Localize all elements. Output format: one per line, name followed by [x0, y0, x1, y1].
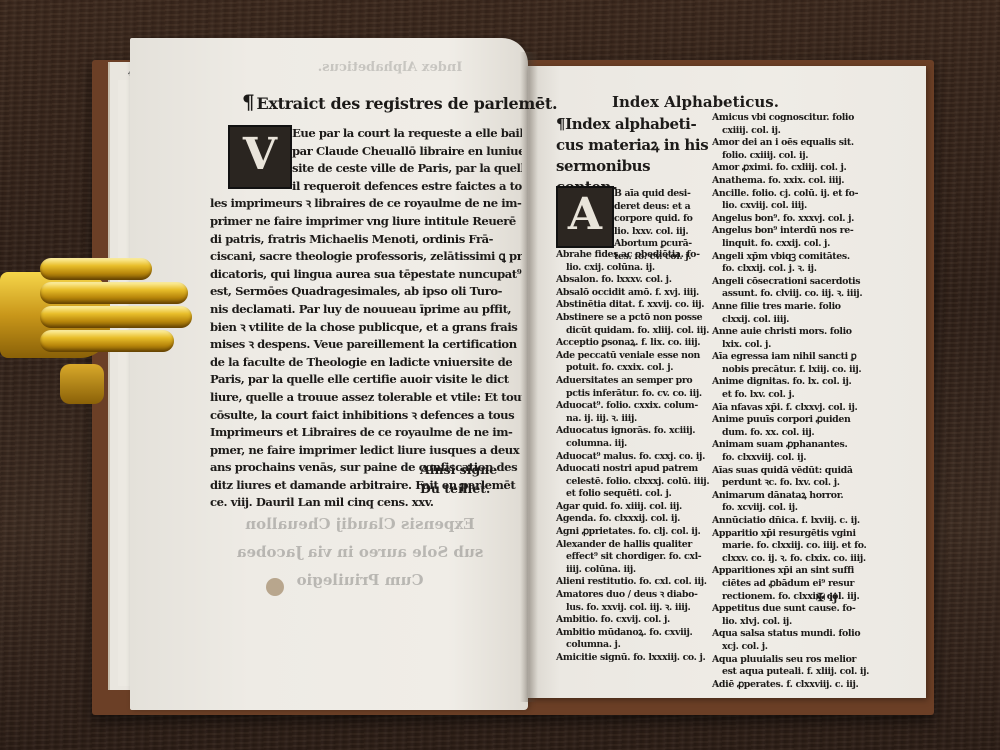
index-entry: Aīa nfavas xp̄i. f. clxxvj. col. ij. — [712, 402, 872, 415]
brass-hand-book-weight — [0, 254, 196, 372]
text-line: Eue par la court la requeste a elle bail… — [210, 125, 522, 143]
text-line: ciscani, sacre theologie professoris, ze… — [210, 248, 522, 266]
index-entry: Aīa egressa iam nihil sancti ꝑ — [712, 351, 872, 364]
text-line: cōsulte, la court faict inhibitions ꝛ de… — [210, 407, 522, 425]
text-line: mises ꝛ despens. Veue pareillement la ce… — [210, 336, 522, 354]
index-entry: Aduocati nostri apud patrem — [556, 463, 704, 476]
hand-wrist-mount — [60, 364, 104, 404]
decorated-initial-a: A — [556, 186, 614, 248]
index-entry: Abrahe fides ac obediētia. fo- — [556, 249, 704, 262]
index-column-b: Amicus vbi cognoscitur. folio cxiiij. co… — [712, 112, 872, 691]
signature-block: Ainsi signe Du teillet. — [420, 460, 497, 498]
index-column-a: Abrahe fides ac obediētia. fo- lio. cxij… — [556, 249, 704, 665]
index-entry: Anne filie tres marie. folio — [712, 301, 872, 314]
index-entry: Acceptio ꝑsonaꝝ. f. lix. co. iiij. — [556, 337, 704, 350]
index-entry: Absalon. fo. lxxxv. col. j. — [556, 274, 704, 287]
index-entry: Aduocat⁹. folio. cxxix. colum- — [556, 400, 704, 413]
pilcrow-mark: ¶ — [556, 115, 565, 133]
hand-finger — [40, 330, 174, 352]
text-line: il requeroit defences estre faictes a to… — [210, 178, 522, 196]
index-entry: Aqua pluuialis seu ros melior — [712, 654, 872, 667]
index-entry: Amicitie signū. fo. lxxxiij. co. j. — [556, 652, 704, 665]
text-line: par Claude Cheuallō libraire en luniuer- — [210, 143, 522, 161]
index-entry: Agar quid. fo. xiiij. col. iij. — [556, 501, 704, 514]
text-line: dicatoris, qui lingua aurea sua tēpestat… — [210, 266, 522, 284]
index-entry: Amor dei an i oēs equalis sit. — [712, 137, 872, 150]
hand-finger — [40, 258, 152, 280]
text-line: les imprimeurs ꝛ libraires de ce royaulm… — [210, 195, 522, 213]
index-entry: Anathema. fo. xxix. col. iiij. — [712, 175, 872, 188]
index-entry: Amicus vbi cognoscitur. folio — [712, 112, 872, 125]
text-line: primer ne faire imprimer vng liure intit… — [210, 213, 522, 231]
index-entry: Animam suam ꝓphanantes. — [712, 439, 872, 452]
hand-finger — [40, 306, 192, 328]
index-entry: Angeli cōsecrationi sacerdotis — [712, 276, 872, 289]
foxing-stain — [266, 578, 284, 596]
text-line: site de ceste ville de Paris, par la que… — [210, 160, 522, 178]
index-entry: Ade peccatū veniale esse non — [556, 350, 704, 363]
hand-finger — [40, 282, 188, 304]
text-line: Imprimeurs et Libraires de ce royaulme d… — [210, 424, 522, 442]
index-entry: Absalō occidit amō. f. xvj. iiij. — [556, 287, 704, 300]
index-entry: Angeli xp̄m vbiqꝫ comitātes. — [712, 251, 872, 264]
index-entry: Appetitus due sunt cause. fo- — [712, 603, 872, 616]
showthrough-colophon: Expensis Claudij Cheuallon sub Sole aure… — [200, 510, 520, 594]
text-line: bien ꝛ vtilite de la chose publicque, et… — [210, 319, 522, 337]
index-entry: Angelus bon⁹. fo. xxxvj. col. j. — [712, 213, 872, 226]
index-entry: Alieni restitutio. fo. cxl. col. iij. — [556, 576, 704, 589]
index-entry: Ancille. folio. cj. colū. ij. et fo- — [712, 188, 872, 201]
index-entry: Amatores duo / deus ꝛ diabo- — [556, 589, 704, 602]
index-entry: Angelus bon⁹ interdū nos re- — [712, 225, 872, 238]
index-entry: Aqua salsa status mundi. folio — [712, 628, 872, 641]
privilege-heading: ¶Extraict des registres de parlemēt. — [242, 90, 522, 114]
index-entry: Amor ꝓximi. fo. cxliij. col. j. — [712, 162, 872, 175]
privilege-text: Eue par la court la requeste a elle bail… — [210, 125, 522, 512]
index-entry: Animarum dānataꝝ horror. — [712, 490, 872, 503]
text-line: Paris, par la quelle elle certifie auoir… — [210, 371, 522, 389]
index-entry: Apparitio xp̄i resurgētis vgini — [712, 528, 872, 541]
index-entry: Agni ꝓprietates. fo. clj. col. ij. — [556, 526, 704, 539]
index-entry: Anime puuīs corpori ꝓuiden — [712, 414, 872, 427]
index-entry: Abstinētia ditat. f. xxvij. co. iij. — [556, 299, 704, 312]
index-entry: Agenda. fo. clxxxij. col. ij. — [556, 513, 704, 526]
text-line: pmer, ne faire imprimer ledict liure ius… — [210, 442, 522, 460]
index-entry: Aīas suas quidā vēdūt: quidā — [712, 465, 872, 478]
index-entry: Ambitio. fo. cxvij. col. j. — [556, 614, 704, 627]
index-entry: Anime dignitas. fo. lx. col. ij. — [712, 376, 872, 389]
index-entry: Alexander de hallis qualiter — [556, 539, 704, 552]
text-line: est, Sermōes Quadragesimales, ab ipso ol… — [210, 283, 522, 301]
index-entry: Annūciatio dn̄ica. f. lxviij. c. ij. — [712, 515, 872, 528]
text-line: de la faculte de Theologie en ladicte vn… — [210, 354, 522, 372]
book-gutter — [520, 52, 538, 702]
index-entry: Abstinere se a pctō non posse — [556, 312, 704, 325]
index-entry: Aduocat⁹ malus. fo. cxxj. co. ij. — [556, 451, 704, 464]
index-entry: Apparitiones xp̄i an sint suffi — [712, 565, 872, 578]
pilcrow-mark: ¶ — [242, 90, 254, 114]
text-line: nis declamati. Par luy de nouueau īprime… — [210, 301, 522, 319]
text-line: liure, quelle a trouue assez tolerable e… — [210, 389, 522, 407]
index-entry: Adiē ꝓperates. f. clxxviij. c. iij. — [712, 679, 872, 692]
index-entry: Anne auie christi mors. folio — [712, 326, 872, 339]
text-line: di patris, fratris Michaelis Menoti, ord… — [210, 231, 522, 249]
signature-mark: ✠ ij — [816, 591, 837, 604]
index-entry: Aduersitates an semper pro — [556, 375, 704, 388]
showthrough-running-head: Index Alphabeticus. — [290, 60, 490, 75]
running-head: Index Alphabeticus. — [612, 93, 779, 111]
index-entry: Ambitio mūdanoꝝ. fo. cxviij. — [556, 627, 704, 640]
index-entry: Aduocatus ignorās. fo. xciiij. — [556, 425, 704, 438]
